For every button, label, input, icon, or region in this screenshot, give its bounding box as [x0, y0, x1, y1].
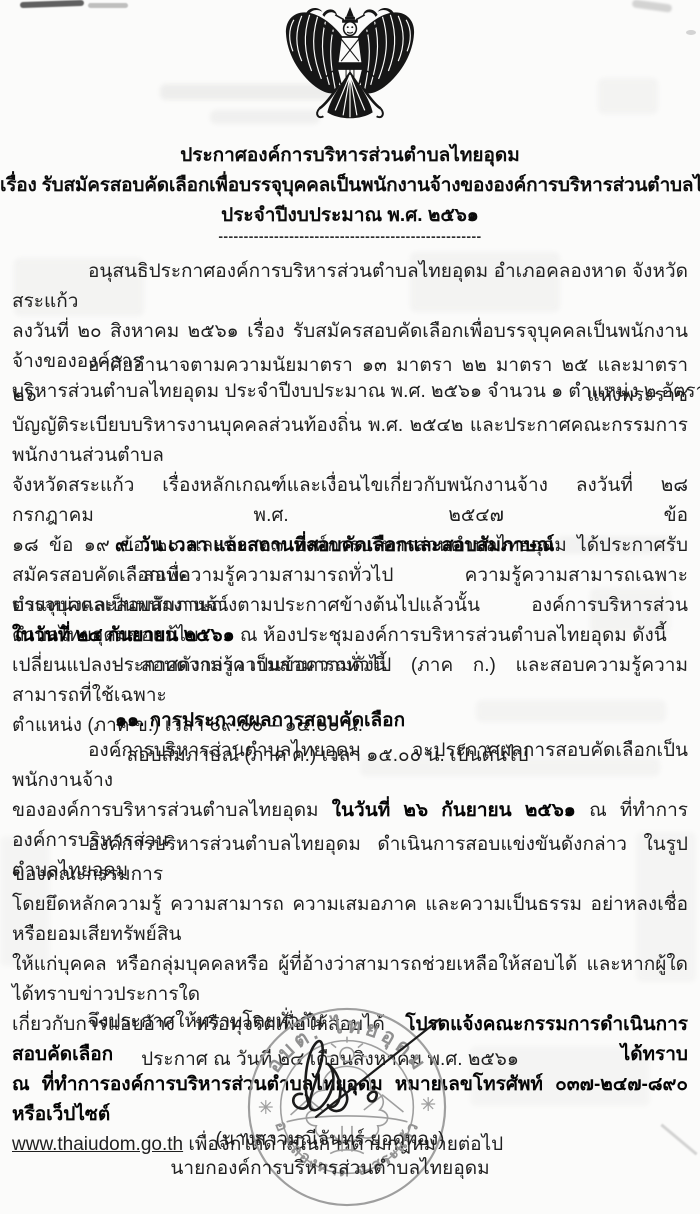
section-heading: ๑๑. การประกาศผลการสอบคัดเลือก [12, 706, 688, 736]
handwritten-signature [272, 1010, 447, 1128]
text-line: อนุสนธิประกาศองค์การบริหารส่วนตำบลไทยอุด… [12, 257, 688, 317]
signatory-name: (นางสาวมณีจันทร์ ยอดทอง) [0, 1125, 660, 1154]
text-line: จังหวัดสระแก้ว เรื่องหลักเกณฑ์และเงื่อนไ… [12, 471, 688, 531]
list-item: - สอบความรู้ความสามารถทั่วไป (ภาค ก.) แล… [12, 651, 688, 711]
exam-date-bold: ในวันที่ ๒๔ กันยายน ๒๕๖๑ [12, 625, 235, 646]
document-title: ประกาศองค์การบริหารส่วนตำบลไทยอุดม เรื่อ… [0, 141, 700, 231]
document-page: ประกาศองค์การบริหารส่วนตำบลไทยอุดม เรื่อ… [0, 0, 700, 1214]
section-heading: ๙. วัน เวลา และสถานที่สอบคัดเลือกและสอบส… [12, 531, 688, 561]
text-line: ในวันที่ ๒๔ กันยายน ๒๕๖๑ ณ ห้องประชุมองค… [12, 621, 688, 651]
text-line: บัญญัติระเบียบบริหารงานบุคคลส่วนท้องถิ่น… [12, 411, 688, 471]
signatory-block: (นางสาวมณีจันทร์ ยอดทอง) นายกองค์การบริห… [0, 1125, 660, 1183]
text-line: องค์การบริหารส่วนตำบลไทยอุดม จะประกาศผลก… [12, 736, 688, 796]
title-line-2: เรื่อง รับสมัครสอบคัดเลือกเพื่อบรรจุบุคค… [0, 171, 700, 201]
garuda-emblem-icon [276, 6, 424, 136]
text-line: สอบความรู้ความสามารถทั่วไป ความรู้ความสา… [12, 561, 688, 621]
text-line: อาศัยอำนาจตามความนัยมาตรา ๑๓ มาตรา ๒๒ มา… [12, 351, 688, 411]
scan-artifact [686, 30, 696, 35]
text-line: ให้แก่บุคคล หรือกลุ่มบุคคลหรือ ผู้ที่อ้า… [12, 950, 688, 1010]
signatory-position: นายกองค์การบริหารส่วนตำบลไทยอุดม [0, 1154, 660, 1183]
dashed-divider: ----------------------------------------… [0, 229, 700, 243]
scan-artifact [632, 0, 673, 13]
scan-artifact [20, 0, 84, 8]
text-line: โดยยึดหลักความรู้ ความสามารถ ความเสมอภาค… [12, 890, 688, 950]
text-line: องค์การบริหารส่วนตำบลไทยอุดม ดำเนินการสอ… [12, 830, 688, 890]
title-line-3: ประจำปีงบประมาณ พ.ศ. ๒๕๖๑ [0, 201, 700, 231]
title-line-1: ประกาศองค์การบริหารส่วนตำบลไทยอุดม [0, 141, 700, 171]
scan-artifact [88, 3, 128, 8]
result-date-bold: ในวันที่ ๒๖ กันยายน ๒๕๖๑ [332, 800, 576, 821]
ink-bleed [598, 78, 658, 114]
